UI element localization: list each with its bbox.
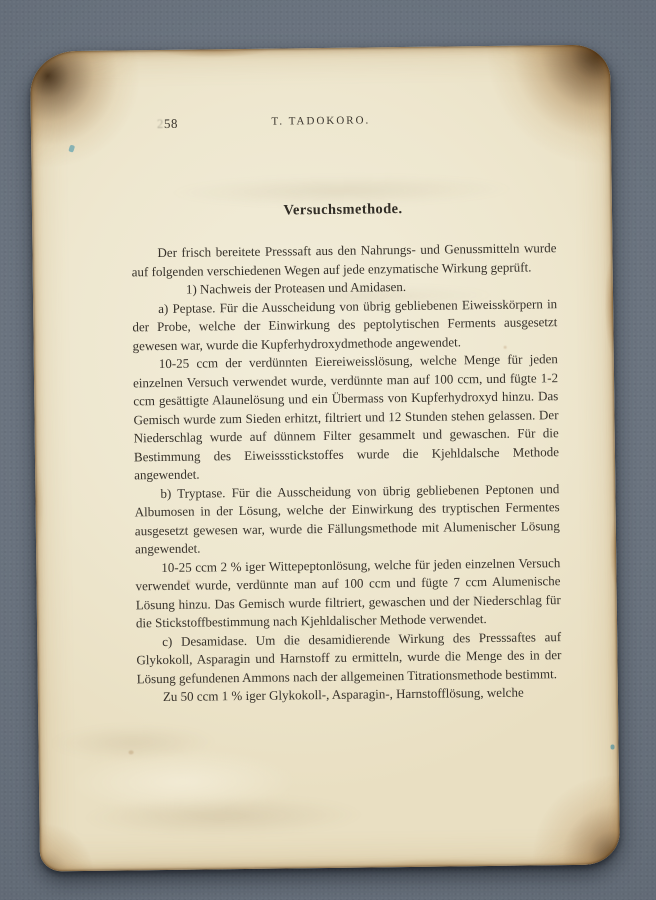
blue-ink-speck xyxy=(68,144,75,152)
paragraph: 10-25 ccm 2 % iger Wittepeptonlösung, we… xyxy=(135,554,561,633)
paragraph: c) Desamidase. Um die desamidierende Wir… xyxy=(136,628,562,689)
paragraph: Zu 50 ccm 1 % iger Glykokoll-, Asparagin… xyxy=(137,683,562,707)
photo-background: 258 T. TADOKORO. Versuchsmethode. Der fr… xyxy=(0,0,656,900)
foxing-spot xyxy=(129,750,134,754)
page-header: 258 T. TADOKORO. xyxy=(31,110,611,137)
foxing-spot xyxy=(186,580,190,584)
blue-ink-speck xyxy=(611,744,615,749)
paragraph: Der frisch bereitete Presssaft aus den N… xyxy=(131,239,556,281)
paragraph: b) Tryptase. Für die Ausscheidung von üb… xyxy=(134,480,560,559)
paragraph: 10-25 ccm der verdünnten Eiereiweisslösu… xyxy=(133,350,560,485)
foxing-spot xyxy=(504,346,507,349)
paragraph: a) Peptase. Für die Ausscheidung von übr… xyxy=(132,295,558,356)
section-heading: Versuchsmethode. xyxy=(131,199,555,221)
running-head: T. TADOKORO. xyxy=(31,111,611,130)
page-content: 258 T. TADOKORO. Versuchsmethode. Der fr… xyxy=(30,44,620,871)
body-text: Der frisch bereitete Presssaft aus den N… xyxy=(131,239,562,707)
scanned-page: 258 T. TADOKORO. Versuchsmethode. Der fr… xyxy=(30,44,620,871)
